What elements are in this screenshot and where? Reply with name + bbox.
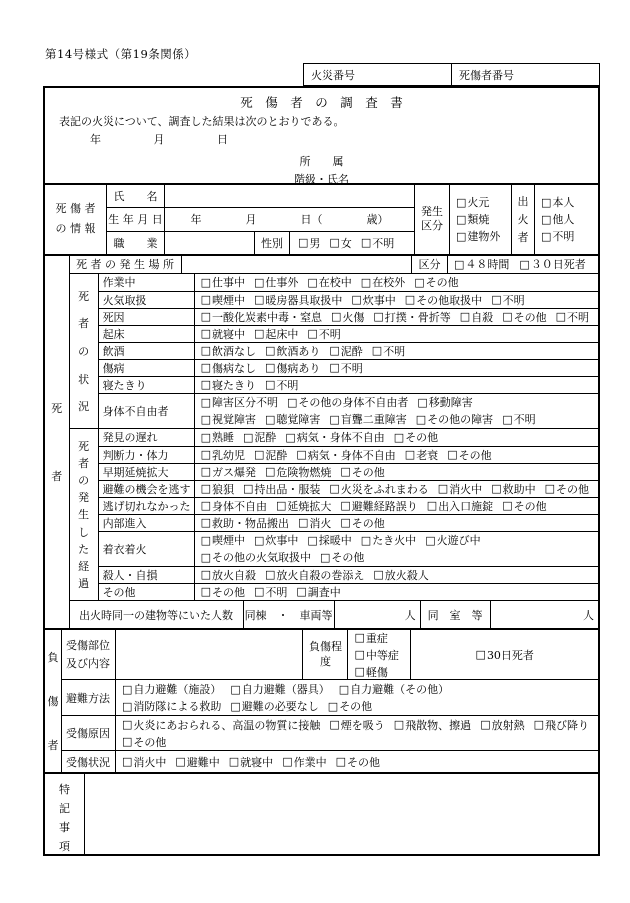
checkbox-icon[interactable]: □	[476, 648, 486, 661]
checkbox-icon[interactable]: □	[416, 413, 426, 426]
checkbox-icon[interactable]: □	[502, 499, 512, 512]
checkbox-option[interactable]: □視覚障害	[201, 411, 256, 427]
checkbox-icon[interactable]: □	[201, 431, 211, 444]
checkbox-option[interactable]: □仕事中	[201, 274, 245, 290]
checkbox-label: 軽傷	[366, 664, 388, 680]
checkbox-option[interactable]: □乳幼児	[201, 447, 245, 463]
checkbox-label: 避難の必要なし	[242, 698, 319, 714]
row-options: □一酸化炭素中毒・窒息□火傷□打撲・骨折等□自殺□その他□不明	[195, 309, 598, 325]
checkbox-icon[interactable]: □	[276, 499, 286, 512]
checkbox-icon[interactable]: □	[394, 718, 404, 731]
checkbox-icon[interactable]: □	[201, 482, 211, 495]
checkbox-icon[interactable]: □	[405, 293, 415, 306]
options-line: □熟睡□泥酔□病気・身体不自由□その他	[201, 429, 598, 446]
checkbox-icon[interactable]: □	[438, 482, 448, 495]
checkbox-icon[interactable]: □	[545, 482, 555, 495]
checkbox-icon[interactable]: □	[201, 516, 211, 529]
checkbox-icon[interactable]: □	[296, 448, 306, 461]
checkbox-option[interactable]: □聴覚障害	[265, 411, 320, 427]
checkbox-option[interactable]: □仕事外	[254, 274, 298, 290]
name-input[interactable]	[165, 185, 414, 207]
checkbox-option[interactable]: □自力避難（器具）	[230, 681, 329, 697]
checkbox-icon[interactable]: □	[201, 361, 211, 374]
checkbox-label: 飛び降り	[545, 717, 589, 733]
checkbox-option[interactable]: □その他	[447, 447, 491, 463]
checkbox-icon[interactable]: □	[122, 718, 132, 731]
checkbox-icon[interactable]: □	[201, 276, 211, 289]
checkbox-icon[interactable]: □	[480, 718, 490, 731]
checkbox-option[interactable]: □喫煙中	[201, 292, 245, 308]
checkbox-icon[interactable]: □	[282, 755, 292, 768]
checkbox-option[interactable]: □火遊び中	[425, 532, 480, 548]
checkbox-icon[interactable]: □	[491, 482, 501, 495]
checkbox-icon[interactable]: □	[336, 755, 346, 768]
checkbox-icon[interactable]: □	[460, 310, 470, 323]
checkbox-label: 傷病あり	[276, 360, 320, 376]
checkbox-option[interactable]: □不明	[361, 235, 394, 251]
checkbox-icon[interactable]: □	[201, 585, 211, 598]
checkbox-option[interactable]: □老衰	[405, 447, 438, 463]
job-label: 職 業	[107, 232, 165, 254]
checkbox-option[interactable]: □女	[329, 235, 351, 251]
checkbox-icon[interactable]: □	[329, 236, 339, 249]
checkbox-icon[interactable]: □	[201, 378, 211, 391]
same-room-label: 同 室 等	[421, 601, 491, 628]
row-options: □自力避難（施設）□自力避難（器具）□自力避難（その他）□消防隊による救助□避難…	[116, 680, 598, 715]
checkbox-icon[interactable]: □	[534, 718, 544, 731]
checkbox-option[interactable]: □飛散物、擦過	[394, 717, 471, 733]
checkbox-option[interactable]: □泥酔	[329, 343, 362, 359]
checkbox-option[interactable]: □持出品・服装	[243, 481, 320, 497]
checkbox-icon[interactable]: □	[265, 413, 275, 426]
checkbox-option[interactable]: □危険物燃焼	[265, 464, 331, 480]
checkbox-icon[interactable]: □	[230, 700, 240, 713]
checkbox-option[interactable]: □たき火中	[361, 532, 416, 548]
row-options: □身体不自由□延焼拡大□避難経路誤り□出入口施錠□その他	[195, 498, 598, 514]
checkbox-option[interactable]: □消火中	[438, 481, 482, 497]
options-line: □喫煙中□暖房器具取扱中□炊事中□その他取扱中□不明	[201, 292, 598, 308]
checkbox-icon[interactable]: □	[329, 718, 339, 731]
casualty-info-label-line2: の 情 報	[56, 219, 96, 240]
checkbox-icon[interactable]: □	[201, 310, 211, 323]
checkbox-icon[interactable]: □	[122, 755, 132, 768]
checkbox-option[interactable]: □その他の火気取扱中	[201, 549, 311, 565]
checkbox-icon[interactable]: □	[307, 276, 317, 289]
checkbox-option[interactable]: □作業中	[282, 754, 326, 770]
checkbox-option[interactable]: □炊事中	[351, 292, 395, 308]
form-number: 第14号様式（第19条関係）	[45, 46, 196, 62]
checkbox-icon[interactable]: □	[243, 431, 253, 444]
checkbox-option[interactable]: □在校外	[361, 274, 405, 290]
checkbox-icon[interactable]: □	[447, 448, 457, 461]
checkbox-icon[interactable]: □	[491, 293, 501, 306]
checkbox-icon[interactable]: □	[361, 534, 371, 547]
checkbox-option[interactable]: □飲酒なし	[201, 343, 256, 359]
checkbox-option[interactable]: □その他	[320, 549, 364, 565]
checkbox-option[interactable]: □その他	[414, 274, 458, 290]
checkbox-icon[interactable]: □	[230, 683, 240, 696]
checkbox-label: 火炎にあおられる、高温の物質に接触	[133, 717, 320, 733]
checkbox-icon[interactable]: □	[201, 499, 211, 512]
checkbox-icon[interactable]: □	[454, 258, 464, 271]
checkbox-label: 暖房器具取扱中	[265, 292, 342, 308]
row-label: 発見の遅れ	[99, 429, 195, 446]
options-line: □狼狽□持出品・服装□火災をふれまわる□消火中□救助中□その他	[201, 481, 598, 497]
checkbox-option[interactable]: □他人	[541, 211, 598, 227]
checkbox-option[interactable]: □延焼拡大	[276, 498, 331, 514]
casualty-info-label-line1: 死 傷 者	[56, 199, 96, 220]
checkbox-option[interactable]: □就寝中	[201, 326, 245, 342]
checkbox-label: その他	[405, 429, 438, 445]
investigation-form-table: 死 傷 者 の 調 査 書 表記の火災について、調査した結果は次のとおりである。…	[43, 86, 600, 856]
options-line: □その他	[122, 733, 598, 750]
checkbox-option[interactable]: □一酸化炭素中毒・窒息	[201, 309, 322, 325]
checkbox-icon[interactable]: □	[287, 396, 297, 409]
checkbox-icon[interactable]: □	[122, 700, 132, 713]
checkbox-option[interactable]: □不明	[556, 309, 589, 325]
checkbox-icon[interactable]: □	[354, 648, 364, 661]
checkbox-option[interactable]: □採暖中	[307, 532, 351, 548]
checkbox-option[interactable]: □病気・身体不自由	[296, 447, 395, 463]
checkbox-option[interactable]: □放射熱	[480, 717, 524, 733]
checkbox-option[interactable]: □煙を吸う	[329, 717, 384, 733]
same-room-count-input[interactable]: 人	[491, 601, 598, 628]
checkbox-option[interactable]: □火炎にあおられる、高温の物質に接触	[122, 717, 320, 733]
checkbox-icon[interactable]: □	[456, 213, 466, 226]
checkbox-option[interactable]: □その他の障害	[416, 411, 493, 427]
birthdate-input[interactable]: 年 月 日（ 歳）	[165, 208, 414, 230]
checkbox-icon[interactable]: □	[201, 448, 211, 461]
checkbox-icon[interactable]: □	[201, 293, 211, 306]
checkbox-option[interactable]: □就寝中	[229, 754, 273, 770]
checkbox-icon[interactable]: □	[254, 293, 264, 306]
injured-section-label-cell: 負傷者	[45, 630, 62, 772]
checkbox-label: その他の身体不自由者	[298, 394, 408, 410]
checkbox-icon[interactable]: □	[417, 396, 427, 409]
death-place-input[interactable]	[182, 256, 412, 273]
dead-status-rows: 作業中□仕事中□仕事外□在校中□在校外□その他火気取扱□喫煙中□暖房器具取扱中□…	[99, 274, 598, 428]
checkbox-option[interactable]: □傷病なし	[201, 360, 256, 376]
checkbox-option[interactable]: □自力避難（施設）	[122, 681, 221, 697]
checkbox-option[interactable]: □不明	[254, 584, 287, 600]
checkbox-option[interactable]: □その他取扱中	[405, 292, 482, 308]
year-label: 年	[90, 131, 150, 147]
checkbox-option[interactable]: □炊事中	[254, 532, 298, 548]
checkbox-option[interactable]: □起床中	[254, 326, 298, 342]
checkbox-option[interactable]: □泥酔	[254, 447, 287, 463]
checkbox-option[interactable]: □不明	[491, 292, 524, 308]
checkbox-label: その他	[347, 754, 380, 770]
checkbox-icon[interactable]: □	[340, 499, 350, 512]
form-row: 避難方法□自力避難（施設）□自力避難（器具）□自力避難（その他）□消防隊による救…	[62, 680, 598, 715]
checkbox-icon[interactable]: □	[541, 213, 551, 226]
checkbox-icon[interactable]: □	[254, 276, 264, 289]
checkbox-option[interactable]: □不明	[541, 228, 598, 244]
person-unit-label: 人	[405, 607, 416, 623]
checkbox-icon[interactable]: □	[296, 585, 306, 598]
vertical-char: 況	[78, 398, 89, 414]
checkbox-icon[interactable]: □	[405, 448, 415, 461]
checkbox-icon[interactable]: □	[265, 344, 275, 357]
checkbox-icon[interactable]: □	[298, 516, 308, 529]
options-line: □仕事中□仕事外□在校中□在校外□その他	[201, 274, 598, 291]
vertical-char: 事	[59, 819, 70, 835]
checkbox-option[interactable]: □建物外	[456, 228, 511, 244]
row-label: 身体不自由者	[99, 394, 195, 428]
checkbox-icon[interactable]: □	[372, 344, 382, 357]
checkbox-icon[interactable]: □	[354, 665, 364, 678]
checkbox-icon[interactable]: □	[354, 631, 364, 644]
checkbox-icon[interactable]: □	[502, 413, 512, 426]
checkbox-icon[interactable]: □	[254, 448, 264, 461]
checkbox-icon[interactable]: □	[373, 568, 383, 581]
checkbox-option[interactable]: □中等症	[354, 647, 410, 663]
checkbox-option[interactable]: □類焼	[456, 211, 511, 227]
checkbox-icon[interactable]: □	[265, 568, 275, 581]
injury-part-row: 受傷部位 及び内容 負傷程度 □重症□中等症□軽傷 □30日死者	[62, 630, 598, 680]
checkbox-icon[interactable]: □	[201, 465, 211, 478]
checkbox-option[interactable]: □狼狽	[201, 481, 234, 497]
checkbox-option[interactable]: □その他	[201, 584, 245, 600]
checkbox-option[interactable]: □火傷	[331, 309, 364, 325]
checkbox-icon[interactable]: □	[519, 258, 529, 271]
checkbox-label: 在校中	[319, 274, 352, 290]
checkbox-icon[interactable]: □	[122, 683, 132, 696]
checkbox-icon[interactable]: □	[340, 516, 350, 529]
checkbox-label: その他	[133, 734, 166, 750]
checkbox-icon[interactable]: □	[541, 196, 551, 209]
checkbox-label: 火元	[467, 194, 489, 210]
checkbox-label: 泥酔	[341, 343, 363, 359]
row-options: □救助・物品搬出□消火□その他	[195, 515, 598, 531]
casualty-number-field[interactable]: 死傷者番号	[451, 64, 599, 85]
checkbox-icon[interactable]: □	[307, 327, 317, 340]
checkbox-option[interactable]: □飛び降り	[534, 717, 589, 733]
checkbox-icon[interactable]: □	[243, 482, 253, 495]
checkbox-icon[interactable]: □	[229, 755, 239, 768]
checkbox-option[interactable]: □避難経路誤り	[340, 498, 417, 514]
checkbox-option[interactable]: □不明	[502, 411, 535, 427]
checkbox-option[interactable]: □寝たきり	[201, 377, 256, 393]
checkbox-icon[interactable]: □	[328, 700, 338, 713]
checkbox-icon[interactable]: □	[320, 551, 330, 564]
row-options: □寝たきり□不明	[195, 377, 598, 393]
checkbox-option[interactable]: □放火殺人	[373, 567, 428, 583]
checkbox-option[interactable]: □その他	[328, 698, 372, 714]
checkbox-icon[interactable]: □	[329, 482, 339, 495]
checkbox-option[interactable]: □その他	[340, 515, 384, 531]
checkbox-icon[interactable]: □	[329, 344, 339, 357]
checkbox-option[interactable]: □消火中	[122, 754, 166, 770]
checkbox-label: 調査中	[308, 584, 341, 600]
same-building-count-input[interactable]: 人	[335, 601, 421, 628]
checkbox-option[interactable]: □移動障害	[417, 394, 472, 410]
vertical-char: 者	[78, 315, 89, 331]
checkbox-icon[interactable]: □	[201, 327, 211, 340]
dead-course-rows: 発見の遅れ□熟睡□泥酔□病気・身体不自由□その他判断力・体力□乳幼児□泥酔□病気…	[99, 429, 598, 600]
checkbox-icon[interactable]: □	[122, 735, 132, 748]
checkbox-icon[interactable]: □	[298, 236, 308, 249]
checkbox-option[interactable]: □男	[298, 235, 320, 251]
checkbox-option[interactable]: □熟睡	[201, 429, 234, 445]
checkbox-option[interactable]: □火災をふれまわる	[329, 481, 428, 497]
checkbox-option[interactable]: □不明	[329, 360, 362, 376]
checkbox-icon[interactable]: □	[201, 534, 211, 547]
checkbox-label: 泥酔	[265, 447, 287, 463]
checkbox-icon[interactable]: □	[427, 499, 437, 512]
checkbox-option[interactable]: □打撲・骨折等	[373, 309, 450, 325]
checkbox-icon[interactable]: □	[340, 465, 350, 478]
checkbox-option[interactable]: □盲聾二重障害	[329, 411, 406, 427]
options-line: □飲酒なし□飲酒あり□泥酔□不明	[201, 343, 598, 359]
checkbox-icon[interactable]: □	[351, 293, 361, 306]
checkbox-icon[interactable]: □	[394, 431, 404, 444]
job-input[interactable]	[165, 232, 255, 254]
checkbox-label: 乳幼児	[212, 447, 245, 463]
checkbox-label: 就寝中	[212, 326, 245, 342]
checkbox-option[interactable]: □病気・身体不自由	[285, 429, 384, 445]
special-notes-input[interactable]	[85, 774, 598, 854]
name-label: 氏 名	[107, 185, 165, 207]
checkbox-icon[interactable]: □	[254, 585, 264, 598]
row-options: □火炎にあおられる、高温の物質に接触□煙を吸う□飛散物、擦過□放射熱□飛び降り□…	[116, 716, 598, 750]
checkbox-label: 女	[341, 235, 352, 251]
checkbox-icon[interactable]: □	[425, 534, 435, 547]
checkbox-icon[interactable]: □	[201, 568, 211, 581]
checkbox-icon[interactable]: □	[307, 534, 317, 547]
checkbox-option[interactable]: □その他	[545, 481, 589, 497]
checkbox-label: その他	[339, 698, 372, 714]
checkbox-option[interactable]: □消防隊による救助	[122, 698, 221, 714]
checkbox-option[interactable]: □軽傷	[354, 664, 410, 680]
checkbox-option[interactable]: □その他	[394, 429, 438, 445]
checkbox-option[interactable]: □４８時間	[454, 256, 509, 272]
checkbox-option[interactable]: □火元	[456, 194, 511, 210]
checkbox-icon[interactable]: □	[502, 310, 512, 323]
form-row: 寝たきり□寝たきり□不明	[99, 376, 598, 393]
checkbox-label: 火遊び中	[437, 532, 481, 548]
checkbox-icon[interactable]: □	[361, 236, 371, 249]
vertical-char: 死	[51, 400, 62, 416]
checkbox-icon[interactable]: □	[265, 465, 275, 478]
checkbox-icon[interactable]: □	[329, 413, 339, 426]
checkbox-option[interactable]: □その他	[336, 754, 380, 770]
checkbox-icon[interactable]: □	[456, 230, 466, 243]
checkbox-icon[interactable]: □	[265, 378, 275, 391]
checkbox-label: 不明	[265, 584, 287, 600]
checkbox-option[interactable]: □ガス爆発	[201, 464, 256, 480]
checkbox-option[interactable]: □出入口施錠	[427, 498, 493, 514]
checkbox-option[interactable]: □傷病あり	[265, 360, 320, 376]
checkbox-label: 病気・身体不自由	[308, 447, 396, 463]
checkbox-option[interactable]: □不明	[307, 326, 340, 342]
checkbox-option[interactable]: □その他の身体不自由者	[287, 394, 408, 410]
checkbox-option[interactable]: □身体不自由	[201, 498, 267, 514]
checkbox-option[interactable]: □不明	[265, 377, 298, 393]
checkbox-option[interactable]: □放火自殺	[201, 567, 256, 583]
checkbox-label: 他人	[552, 211, 574, 227]
checkbox-icon[interactable]: □	[254, 327, 264, 340]
checkbox-option[interactable]: □その他	[502, 309, 546, 325]
checkbox-label: 類焼	[467, 211, 489, 227]
checkbox-icon[interactable]: □	[329, 361, 339, 374]
checkbox-option[interactable]: □重症	[354, 630, 410, 646]
fire-number-field[interactable]: 火災番号	[304, 64, 451, 85]
checkbox-icon[interactable]: □	[373, 310, 383, 323]
injury-part-input[interactable]	[116, 630, 304, 679]
form-row: 受傷原因□火炎にあおられる、高温の物質に接触□煙を吸う□飛散物、擦過□放射熱□飛…	[62, 715, 598, 750]
vertical-char: の	[78, 343, 89, 359]
dead-course-group: 死者の発生した経過 発見の遅れ□熟睡□泥酔□病気・身体不自由□その他判断力・体力…	[70, 429, 598, 601]
form-header: 死 傷 者 の 調 査 書 表記の火災について、調査した結果は次のとおりである。…	[45, 88, 598, 183]
checkbox-label: 持出品・服装	[254, 481, 320, 497]
person-unit-label: 人	[583, 607, 594, 623]
checkbox-option[interactable]: □本人	[541, 194, 598, 210]
checkbox-option[interactable]: □自殺	[460, 309, 493, 325]
checkbox-icon[interactable]: □	[201, 396, 211, 409]
checkbox-icon[interactable]: □	[201, 344, 211, 357]
checkbox-icon[interactable]: □	[285, 431, 295, 444]
row-label: 殺人・自損	[99, 567, 195, 583]
checkbox-option[interactable]: □喫煙中	[201, 532, 245, 548]
checkbox-option[interactable]: □泥酔	[243, 429, 276, 445]
checkbox-option[interactable]: □放火自殺の巻添え	[265, 567, 364, 583]
checkbox-icon[interactable]: □	[541, 230, 551, 243]
checkbox-option[interactable]: □暖房器具取扱中	[254, 292, 342, 308]
dead-section-label-cell: 死者	[45, 256, 70, 628]
checkbox-option[interactable]: □避難の必要なし	[230, 698, 318, 714]
checkbox-option[interactable]: □在校中	[307, 274, 351, 290]
checkbox-icon[interactable]: □	[331, 310, 341, 323]
name-row: 氏 名	[107, 185, 414, 208]
checkbox-icon[interactable]: □	[265, 361, 275, 374]
igniter-options: □本人□他人□不明	[535, 185, 598, 254]
checkbox-option[interactable]: □自力避難（その他）	[339, 681, 449, 697]
checkbox-icon[interactable]: □	[201, 551, 211, 564]
checkbox-icon[interactable]: □	[254, 534, 264, 547]
checkbox-option[interactable]: □障害区分不明	[201, 394, 278, 410]
checkbox-option[interactable]: □その他	[122, 734, 166, 750]
checkbox-icon[interactable]: □	[456, 196, 466, 209]
checkbox-label: 障害区分不明	[212, 394, 278, 410]
checkbox-option[interactable]: □避難中	[175, 754, 219, 770]
checkbox-label: 延焼拡大	[287, 498, 331, 514]
checkbox-option[interactable]: □飲酒あり	[265, 343, 320, 359]
checkbox-icon[interactable]: □	[175, 755, 185, 768]
checkbox-option[interactable]: □その他	[340, 464, 384, 480]
checkbox-option[interactable]: □救助・物品搬出	[201, 515, 289, 531]
options-line: □一酸化炭素中毒・窒息□火傷□打撲・骨折等□自殺□その他□不明	[201, 309, 598, 325]
checkbox-icon[interactable]: □	[339, 683, 349, 696]
checkbox-option[interactable]: □３０日死者	[519, 256, 585, 272]
checkbox-icon[interactable]: □	[556, 310, 566, 323]
form-subtitle: 表記の火災について、調査した結果は次のとおりである。	[45, 113, 598, 129]
checkbox-option[interactable]: □調査中	[296, 584, 340, 600]
checkbox-label: 傷病なし	[212, 360, 256, 376]
checkbox-option[interactable]: □不明	[372, 343, 405, 359]
checkbox-option[interactable]: □その他	[502, 498, 546, 514]
checkbox-icon[interactable]: □	[201, 413, 211, 426]
checkbox-option[interactable]: □救助中	[491, 481, 535, 497]
checkbox-option[interactable]: □30日死者	[476, 647, 534, 663]
checkbox-label: 自殺	[471, 309, 493, 325]
checkbox-icon[interactable]: □	[361, 276, 371, 289]
checkbox-label: その他	[514, 309, 547, 325]
date-line[interactable]: 年 月 日	[45, 131, 598, 147]
death-kubun-options: □４８時間□３０日死者	[448, 256, 598, 273]
checkbox-option[interactable]: □消火	[298, 515, 331, 531]
checkbox-icon[interactable]: □	[414, 276, 424, 289]
